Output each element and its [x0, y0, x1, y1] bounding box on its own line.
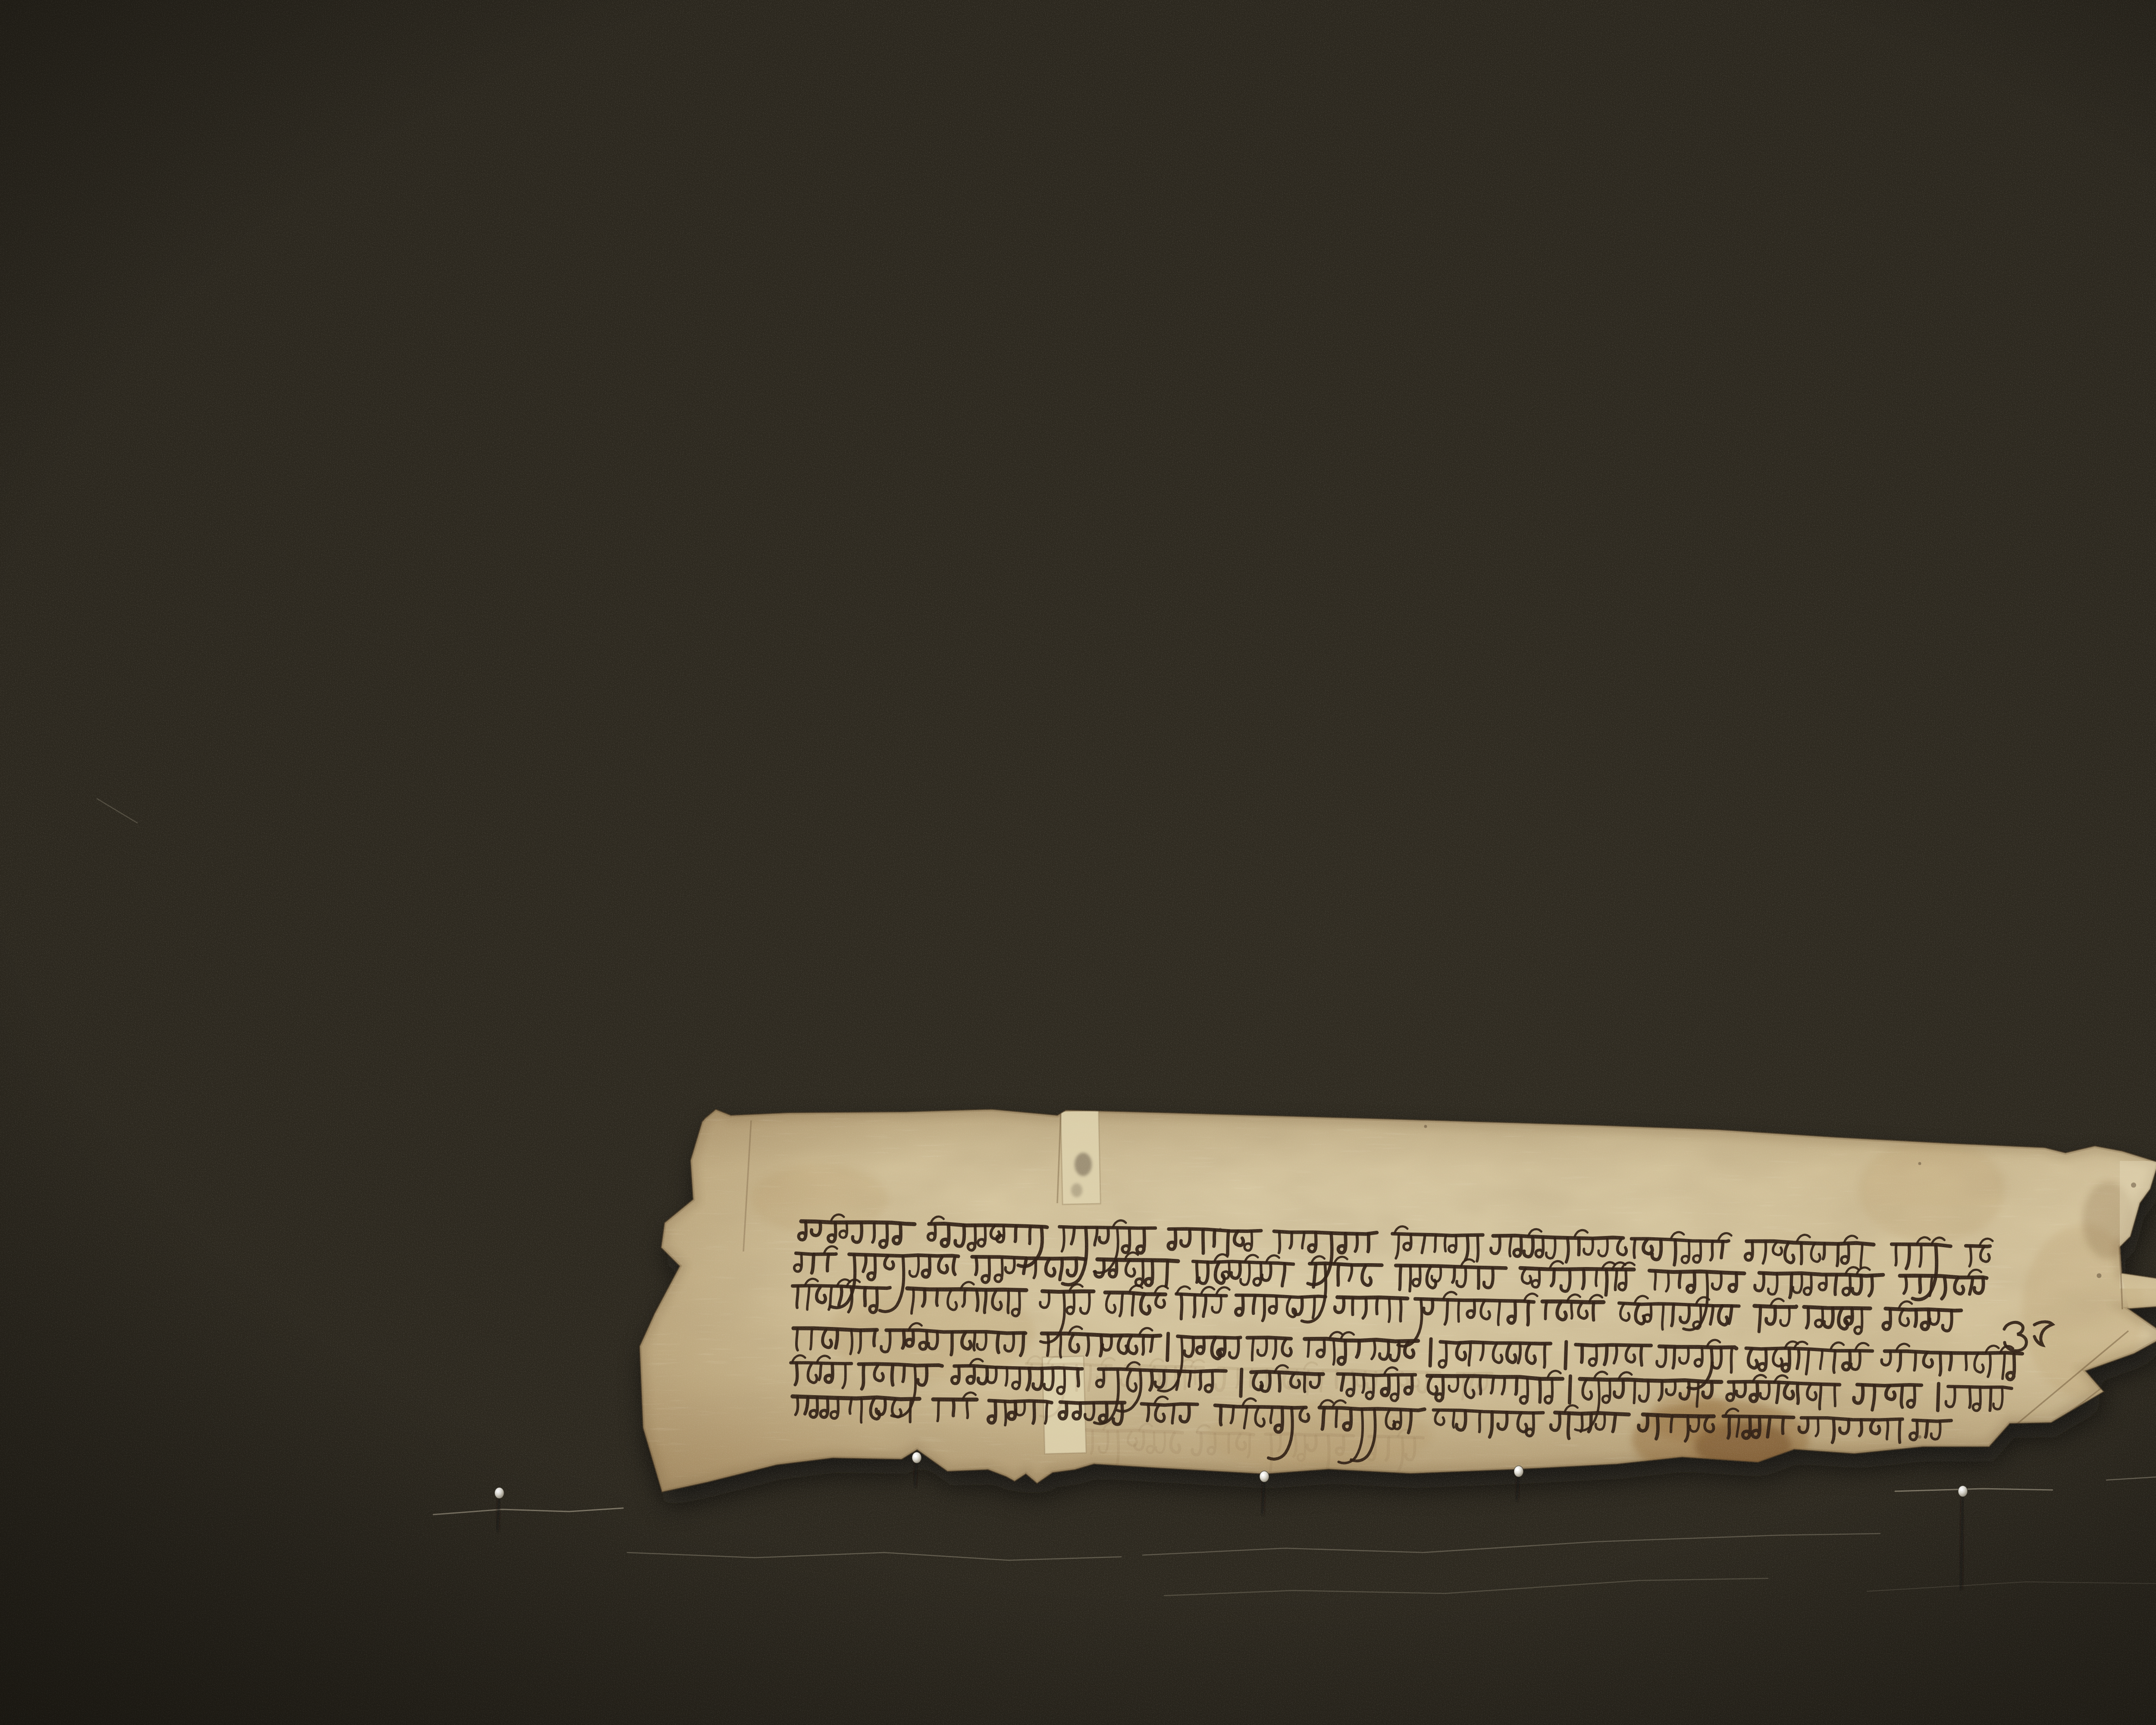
scene-svg	[0, 0, 2156, 1725]
photograph	[0, 0, 2156, 1725]
vignette	[0, 0, 2156, 1725]
